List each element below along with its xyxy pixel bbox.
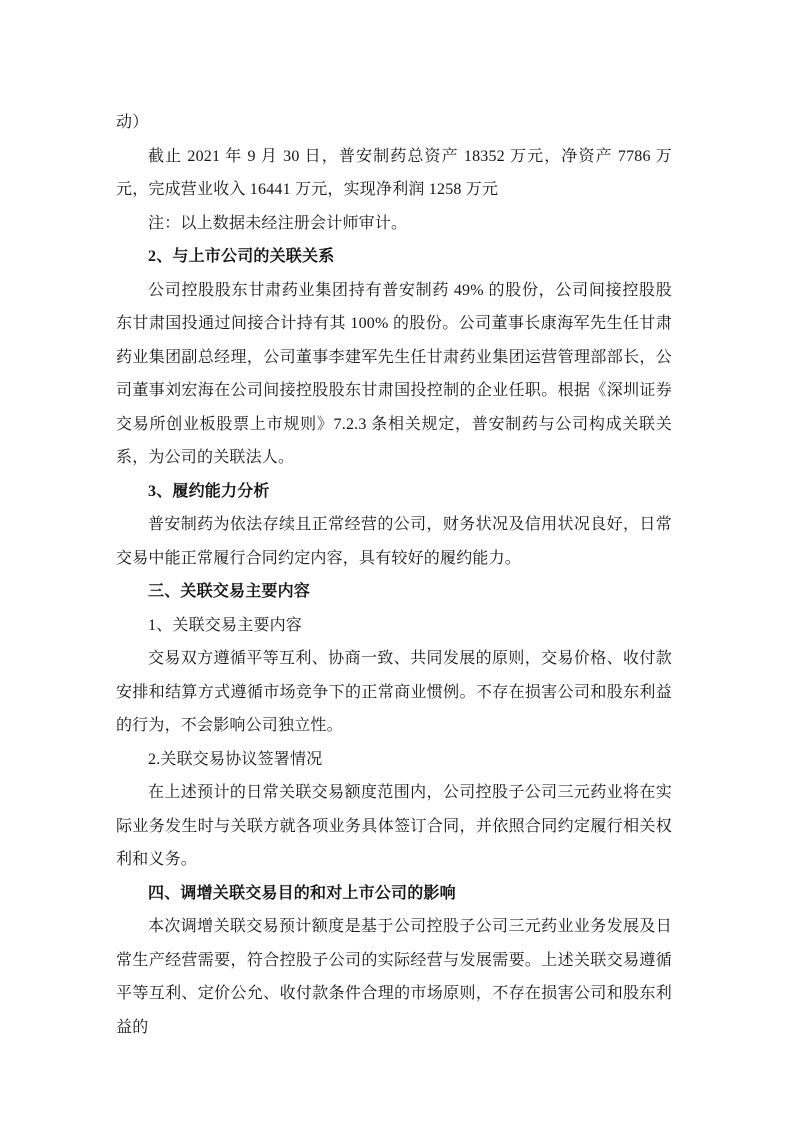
section-heading: 3、履约能力分析 [116,475,672,509]
document-body: 动）截止 2021 年 9 月 30 日，普安制药总资产 18352 万元，净资… [116,106,672,1044]
section-heading: 四、调增关联交易目的和对上市公司的影响 [116,877,672,911]
paragraph: 交易双方遵循平等互利、协商一致、共同发展的原则，交易价格、收付款安排和结算方式遵… [116,642,672,743]
paragraph: 在上述预计的日常关联交易额度范围内，公司控股子公司三元药业将在实际业务发生时与关… [116,776,672,877]
section-heading: 三、关联交易主要内容 [116,575,672,609]
paragraph: 本次调增关联交易预计额度是基于公司控股子公司三元药业业务发展及日常生产经营需要，… [116,910,672,1044]
paragraph: 2.关联交易协议签署情况 [116,743,672,777]
paragraph: 公司控股股东甘肃药业集团持有普安制药 49% 的股份，公司间接控股股东甘肃国投通… [116,274,672,475]
paragraph: 1、关联交易主要内容 [116,609,672,643]
paragraph: 普安制药为依法存续且正常经营的公司，财务状况及信用状况良好，日常交易中能正常履行… [116,508,672,575]
paragraph: 截止 2021 年 9 月 30 日，普安制药总资产 18352 万元，净资产 … [116,140,672,207]
document-page: 动）截止 2021 年 9 月 30 日，普安制药总资产 18352 万元，净资… [0,0,793,1122]
continuation-line: 动） [116,106,672,140]
paragraph: 注：以上数据未经注册会计师审计。 [116,207,672,241]
section-heading: 2、与上市公司的关联关系 [116,240,672,274]
